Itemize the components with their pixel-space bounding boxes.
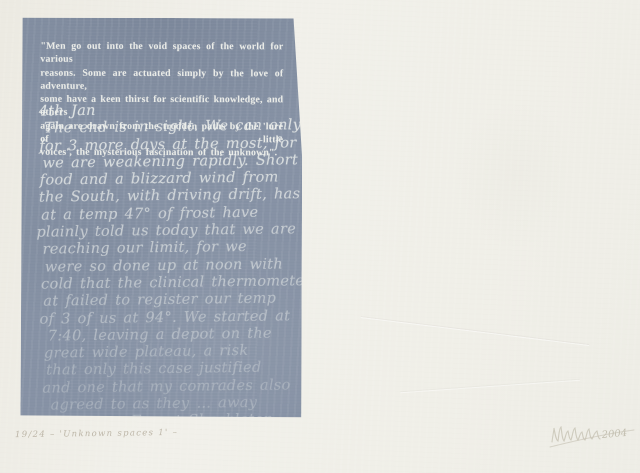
emboss-ridge — [361, 316, 589, 345]
artist-signature: 2004 — [546, 420, 638, 454]
signature-scrawl-icon: 2004 — [546, 420, 638, 454]
quote-line: "Men go out into the void spaces of the … — [40, 40, 283, 67]
diary-entry: 4th Jan The end is in sight. We can only… — [27, 100, 300, 432]
edition-inscription: 19/24 – 'Unknown spaces 1' – — [15, 428, 178, 440]
emboss-ridge — [400, 379, 580, 393]
emboss-mark — [430, 70, 600, 280]
printed-panel: "Men go out into the void spaces of the … — [20, 18, 302, 418]
quote-line: reasons. Some are actuated simply by the… — [40, 66, 283, 93]
print-photograph: "Men go out into the void spaces of the … — [0, 0, 640, 473]
signature-year: 2004 — [600, 428, 627, 441]
